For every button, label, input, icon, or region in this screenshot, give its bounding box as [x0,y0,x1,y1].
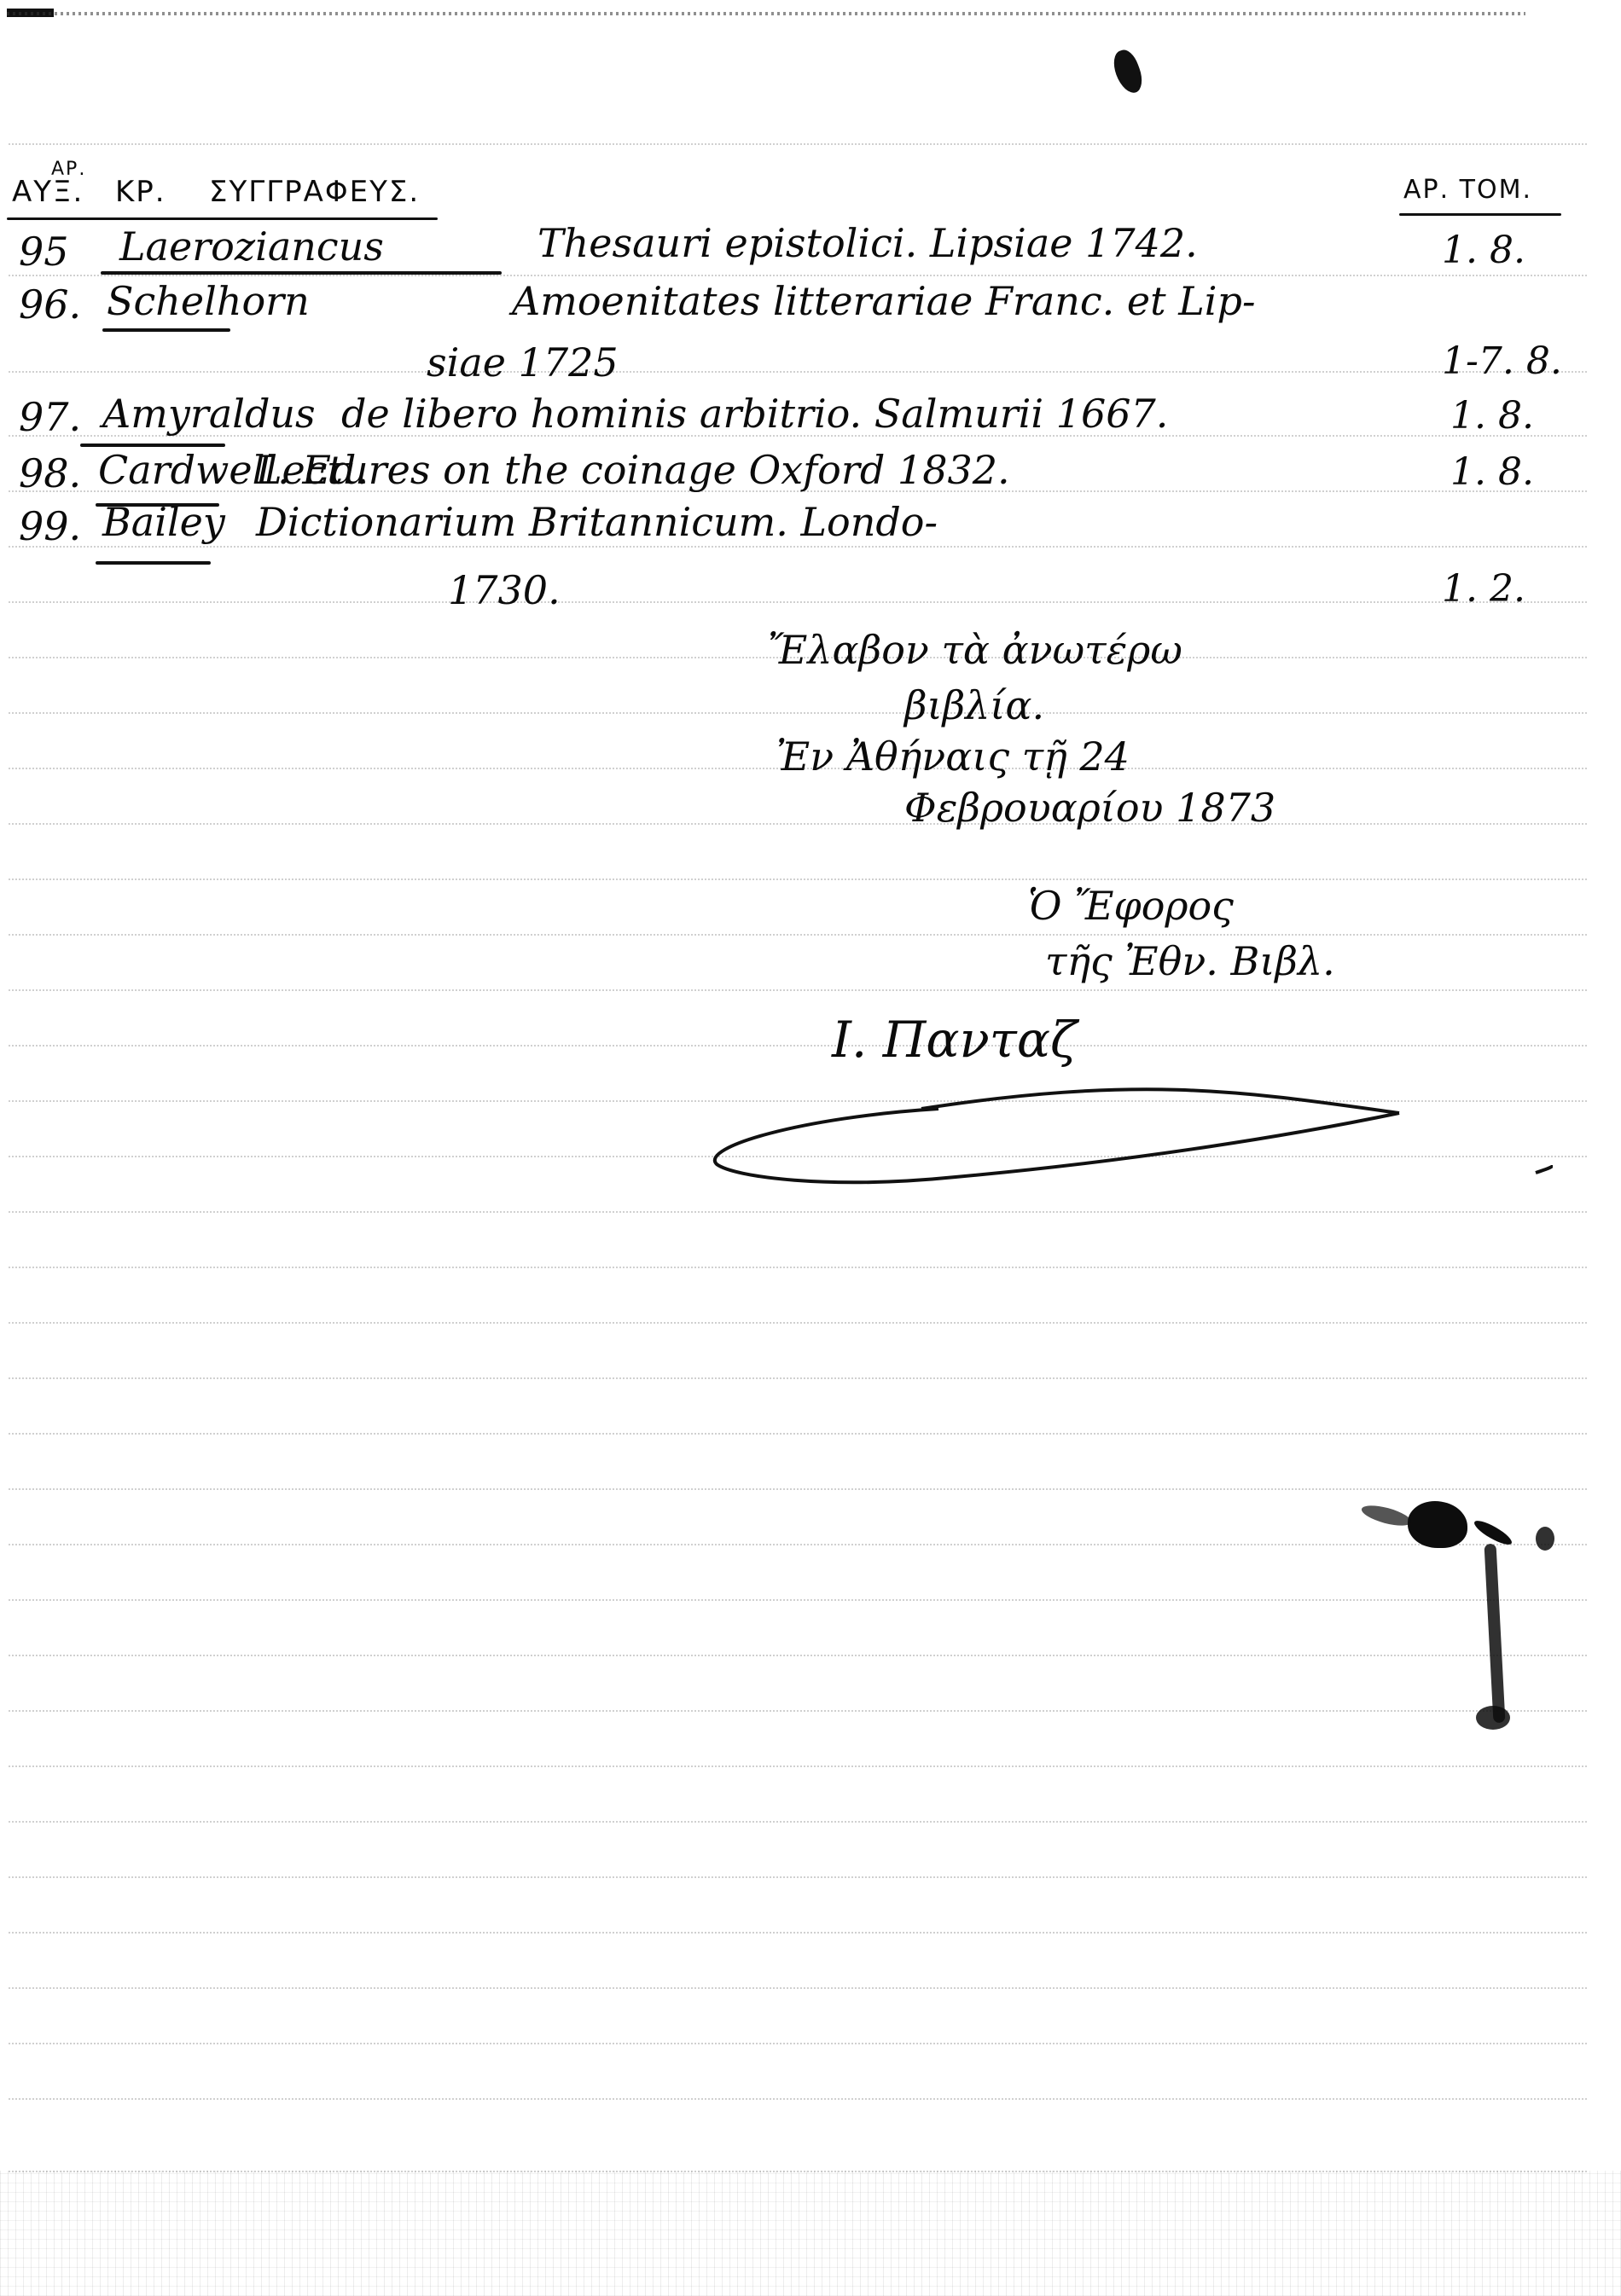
ruled-line [9,1765,1587,1767]
header-underline-right [1399,213,1561,216]
author-underline [102,328,230,332]
ruled-line [9,878,1587,880]
ruled-line [9,989,1587,991]
ruled-line [9,371,1587,373]
entry-author: Bailey [102,499,225,545]
ruled-line [9,1655,1587,1656]
ink-stain [1476,1706,1510,1730]
ruled-line [9,1932,1587,1934]
entry-number: 96. [19,281,81,328]
entry-volumes: 1. 2. [1442,567,1525,611]
author-underline [101,271,502,275]
scan-artifact-top-edge [7,12,1525,15]
ink-stain [1408,1501,1467,1548]
header-author-label: ΣΥΓΓΡΑΦΕΥΣ. [209,175,420,209]
ruled-line [9,823,1587,825]
entry-title: de libero hominis arbitrio. Salmurii 166… [341,391,1168,437]
ruled-line [9,1876,1587,1878]
ruled-line [9,546,1587,548]
signature-title: Ὁ Ἔφορος [1028,883,1234,929]
entry-number: 99. [19,503,81,549]
ruled-line [9,1488,1587,1490]
entry-title: Amoenitates litterariae Franc. et Lip- [512,278,1255,324]
entry-title: Lectures on the coinage Oxford 1832. [256,447,1010,493]
entry-author: Amyraldus [102,391,316,437]
ruled-line [9,1267,1587,1268]
ruled-line [9,1544,1587,1545]
ink-stain [1484,1544,1506,1723]
ruled-line [9,1211,1587,1213]
header-volumes-label: ΑΡ. ΤΟΜ. [1403,175,1532,205]
closing-line-received: Ἔλαβον τὰ ἀνωτέρω [768,627,1182,673]
author-underline [96,561,211,565]
ink-stain [1360,1502,1414,1530]
closing-line-place-date: Ἐν Ἀθήναις τῇ 24 [776,733,1130,780]
entry-author: Laeroziancus [119,223,384,270]
entry-title-continuation: siae 1725 [427,339,619,386]
entry-number: 95 [19,229,69,275]
entry-volumes: 1-7. 8. [1442,339,1562,383]
ink-stain [1536,1527,1554,1551]
ruled-line [9,1322,1587,1324]
ink-blot [1109,47,1147,96]
ruled-line [9,1987,1587,1989]
ruled-line [9,934,1587,936]
ruled-line [9,712,1587,714]
ruled-line [9,1599,1587,1601]
closing-line-books: βιβλία. [904,682,1044,728]
closing-line-month-year: Φεβρουαρίου 1873 [904,785,1275,831]
signature-flourish [700,1006,1553,1194]
ruled-line [9,2098,1587,2100]
header-catalog-label: ΚΡ. [115,175,166,209]
entry-volumes: 1. 8. [1442,229,1525,272]
entry-title-continuation: 1730. [448,567,561,613]
entry-volumes: 1. 8. [1450,394,1534,438]
ruled-line [9,1710,1587,1712]
entry-number: 98. [19,450,81,496]
header-underline [7,217,438,220]
entry-title: Dictionarium Britannicum. Londo- [256,499,938,545]
scanned-document-page: ΑΡ. ΑΥΞ. ΚΡ. ΣΥΓΓΡΑΦΕΥΣ. ΑΡ. ΤΟΜ. 95 Lae… [0,0,1621,2296]
entry-author: Schelhorn [107,278,310,324]
ruled-line [9,275,1587,276]
ruled-line [9,1377,1587,1379]
ruled-line [9,1433,1587,1435]
entry-volumes: 1. 8. [1450,450,1534,494]
signature-title-institution: τῆς Ἐθν. Βιβλ. [1045,938,1335,984]
ruled-line [9,2043,1587,2044]
ruled-line [9,601,1587,603]
ruled-line [9,143,1587,145]
header-number-label: ΑΥΞ. [12,175,84,209]
entry-number: 97. [19,394,81,440]
ruled-line [9,1821,1587,1823]
entry-title: Thesauri epistolici. Lipsiae 1742. [537,220,1198,266]
scan-noise-bottom [0,2171,1621,2296]
